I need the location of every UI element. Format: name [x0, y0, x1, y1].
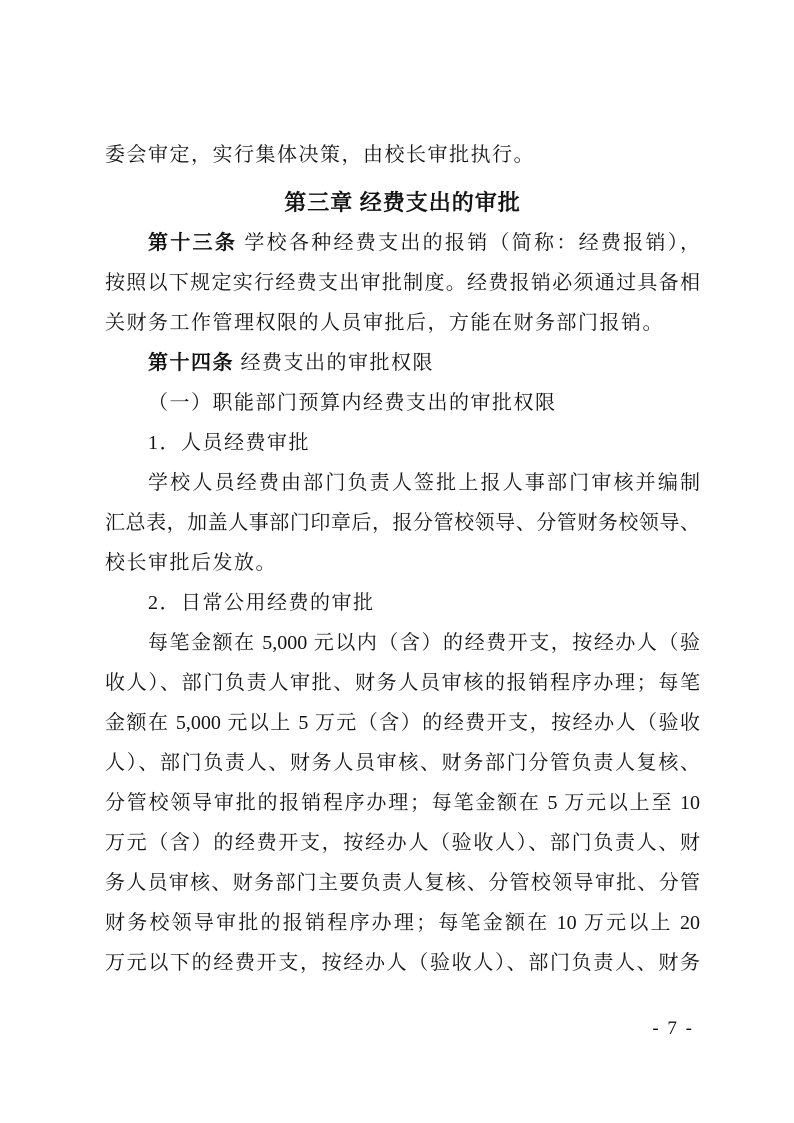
text-segment: 经费支出的审批权限	[234, 352, 434, 374]
text-line: 财务校领导审批的报销程序办理；每笔金额在 10 万元以上 20	[105, 903, 700, 943]
text-line: 万元（含）的经费开支，按经办人（验收人）、部门负责人、财	[105, 823, 700, 863]
text-segment: 2．日常公用经费的审批	[148, 592, 375, 614]
text-line: （一）职能部门预算内经费支出的审批权限	[105, 383, 700, 423]
text-segment: 1．人员经费审批	[148, 432, 310, 454]
text-segment: 金额在 5,000 元以上 5 万元（含）的经费开支，按经办人（验收	[105, 712, 700, 734]
bold-text-segment: 第十三条	[148, 232, 237, 254]
text-line: 每笔金额在 5,000 元以内（含）的经费开支，按经办人（验	[105, 623, 700, 663]
text-segment: 关财务工作管理权限的人员审批后，方能在财务部门报销。	[105, 312, 664, 334]
text-segment: 万元（含）的经费开支，按经办人（验收人）、部门负责人、财	[105, 832, 700, 854]
text-segment: 万元以下的经费开支，按经办人（验收人）、部门负责人、财务	[105, 952, 700, 974]
page-number: - 7 -	[652, 1016, 694, 1042]
text-segment: 财务校领导审批的报销程序办理；每笔金额在 10 万元以上 20	[105, 912, 700, 934]
document-page: 委会审定，实行集体决策，由校长审批执行。第三章 经费支出的审批第十三条 学校各种…	[0, 0, 794, 1123]
text-line: 委会审定，实行集体决策，由校长审批执行。	[105, 135, 700, 175]
text-segment: 收人）、部门负责人审批、财务人员审核的报销程序办理；每笔	[105, 672, 700, 694]
text-line: 分管校领导审批的报销程序办理；每笔金额在 5 万元以上至 10	[105, 783, 700, 823]
bold-text-segment: 第三章 经费支出的审批	[284, 190, 521, 215]
text-segment: 汇总表，加盖人事部门印章后，报分管校领导、分管财务校领导、	[105, 512, 700, 534]
text-segment: 按照以下规定实行经费支出审批制度。经费报销必须通过具备相	[105, 272, 700, 294]
text-line: 万元以下的经费开支，按经办人（验收人）、部门负责人、财务	[105, 943, 700, 983]
text-line: 校长审批后发放。	[105, 543, 700, 583]
text-line: 第十三条 学校各种经费支出的报销（简称：经费报销），	[105, 223, 700, 263]
text-line: 按照以下规定实行经费支出审批制度。经费报销必须通过具备相	[105, 263, 700, 303]
text-segment: 人）、部门负责人、财务人员审核、财务部门分管负责人复核、	[105, 752, 700, 774]
text-line: 关财务工作管理权限的人员审批后，方能在财务部门报销。	[105, 303, 700, 343]
text-line: 第十四条 经费支出的审批权限	[105, 343, 700, 383]
text-line: 1．人员经费审批	[105, 423, 700, 463]
text-line: 收人）、部门负责人审批、财务人员审核的报销程序办理；每笔	[105, 663, 700, 703]
chapter-heading: 第三章 经费支出的审批	[105, 183, 700, 223]
text-segment: 校长审批后发放。	[105, 552, 277, 574]
document-body: 委会审定，实行集体决策，由校长审批执行。第三章 经费支出的审批第十三条 学校各种…	[105, 135, 700, 983]
text-segment: 委会审定，实行集体决策，由校长审批执行。	[105, 144, 535, 166]
text-segment: 分管校领导审批的报销程序办理；每笔金额在 5 万元以上至 10	[105, 792, 700, 814]
text-segment: 务人员审核、财务部门主要负责人复核、分管校领导审批、分管	[105, 872, 700, 894]
text-line: 金额在 5,000 元以上 5 万元（含）的经费开支，按经办人（验收	[105, 703, 700, 743]
text-segment: 学校各种经费支出的报销（简称：经费报销），	[237, 232, 700, 254]
text-segment: 每笔金额在 5,000 元以内（含）的经费开支，按经办人（验	[148, 632, 700, 654]
text-line: 务人员审核、财务部门主要负责人复核、分管校领导审批、分管	[105, 863, 700, 903]
bold-text-segment: 第十四条	[148, 352, 234, 374]
text-segment: 学校人员经费由部门负责人签批上报人事部门审核并编制	[148, 472, 700, 494]
text-segment: （一）职能部门预算内经费支出的审批权限	[148, 392, 557, 414]
text-line: 汇总表，加盖人事部门印章后，报分管校领导、分管财务校领导、	[105, 503, 700, 543]
text-line: 学校人员经费由部门负责人签批上报人事部门审核并编制	[105, 463, 700, 503]
text-line: 2．日常公用经费的审批	[105, 583, 700, 623]
text-line: 人）、部门负责人、财务人员审核、财务部门分管负责人复核、	[105, 743, 700, 783]
